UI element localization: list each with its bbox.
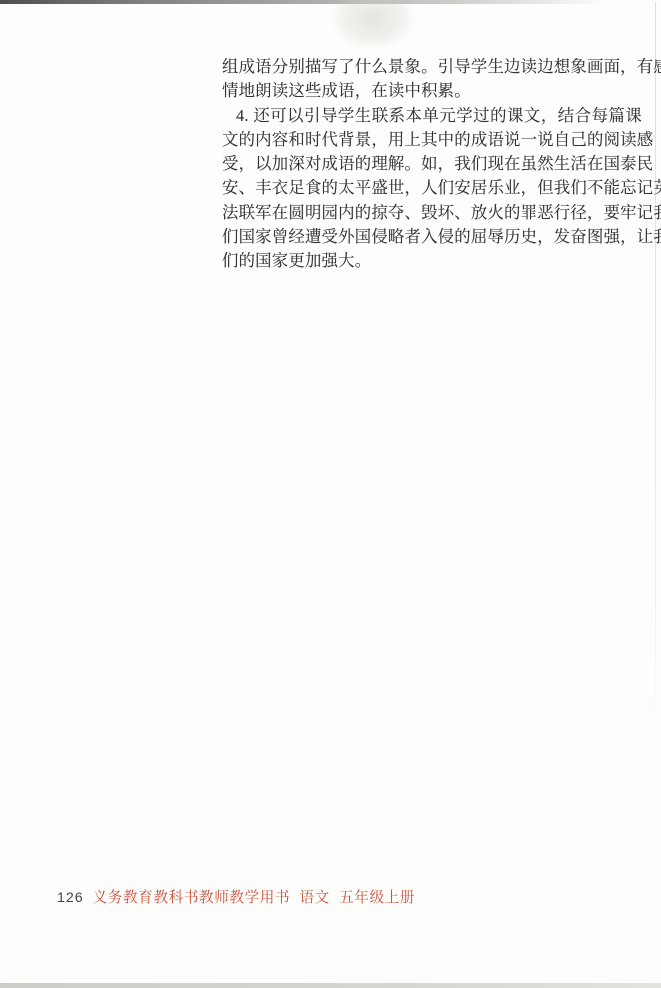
body-text-line: 们国家曾经遭受外国侵略者入侵的屈辱历史，发奋图强，让我 (222, 225, 642, 249)
body-text-line: 法联军在圆明园内的掠夺、毁坏、放火的罪恶行径，要牢记我 (222, 201, 642, 225)
footer-book-title: 义务教育教科书教师教学用书 语文 五年级上册 (93, 890, 415, 906)
body-text-line: 受，以加深对成语的理解。如，我们现在虽然生活在国泰民 (222, 152, 642, 176)
body-text-line: 安、丰衣足食的太平盛世，人们安居乐业，但我们不能忘记英 (222, 176, 642, 200)
scanned-page: 组成语分别描写了什么景象。引导学生边读边想象画面，有感 情地朗读这些成语，在读中… (0, 0, 661, 988)
page-number: 126 (57, 890, 84, 906)
page-footer: 126义务教育教科书教师教学用书 语文 五年级上册 (57, 888, 415, 908)
body-text-line: 组成语分别描写了什么景象。引导学生边读边想象画面，有感 (222, 55, 642, 79)
scan-smudge (333, 0, 413, 48)
body-text-line: 4. 还可以引导学生联系本单元学过的课文，结合每篇课 (222, 104, 642, 128)
scan-edge-artifact-right (655, 2, 656, 737)
body-text: 组成语分别描写了什么景象。引导学生边读边想象画面，有感 情地朗读这些成语，在读中… (222, 55, 642, 273)
body-text-line: 们的国家更加强大。 (222, 249, 642, 273)
body-text-line: 情地朗读这些成语，在读中积累。 (222, 79, 642, 103)
body-text-line: 文的内容和时代背景，用上其中的成语说一说自己的阅读感 (222, 128, 642, 152)
scan-edge-artifact-top (0, 0, 661, 4)
scan-edge-artifact-bottom (0, 983, 661, 988)
